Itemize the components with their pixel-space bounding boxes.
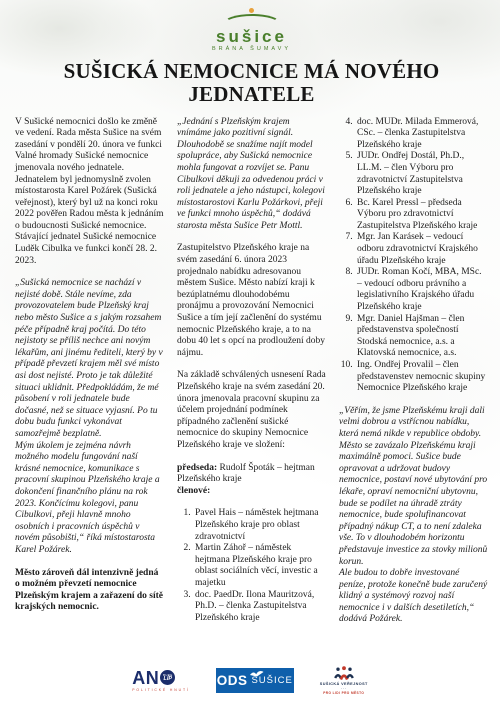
verim-quote-part2: Ale budou to dobře investované peníze, p… (339, 568, 488, 626)
ods-bird-icon (250, 670, 264, 677)
member-list-item: Ing. Ondřej Provalil – člen představenst… (355, 360, 488, 395)
members-label: členové: (177, 486, 326, 498)
column-1: V Sušické nemocnici došlo ke změně ve ve… (15, 117, 164, 638)
ano-wordmark: AN BUDE LÍP (132, 669, 175, 687)
member-list-item: JUDr. Ondřej Dostál, Ph.D., LL.M. – člen… (355, 151, 488, 197)
member-list-item: Mgr. Jan Karásek – vedoucí odboru zdravo… (355, 232, 488, 267)
members-list-1-3: Pavel Hais – náměstek hejtmana Plzeňskéh… (177, 508, 326, 624)
article-columns: V Sušické nemocnici došlo ke změně ve ve… (15, 117, 488, 638)
pozarek-quote-part2: Mým úkolem je zejména návrh možného mode… (15, 441, 164, 557)
sv-tagline: PRO LIDI PRO MĚSTO (323, 691, 364, 695)
regional-assembly-paragraph: Zastupitelstvo Plzeňského kraje na svém … (177, 243, 326, 359)
ods-wordmark: ODS (217, 673, 248, 688)
ods-city-suffix: SUŠICE (251, 675, 292, 686)
people-group-icon (332, 666, 356, 682)
city-logo-name: sušice (216, 28, 287, 45)
intro-paragraph: V Sušické nemocnici došlo ke změně ve ve… (15, 117, 164, 268)
pozarek-quote-part1: „Sušická nemocnice se nachází v nejisté … (15, 278, 164, 440)
mottl-quote: „Jednání s Plzeňským krajem vnímáme jako… (177, 117, 326, 233)
column-3: doc. MUDr. Milada Emmerová, CSc. – členk… (339, 117, 488, 638)
ano-letters: AN (132, 669, 159, 687)
ano-logo: AN BUDE LÍP POLITICKÉ HNUTÍ (132, 669, 190, 693)
page-header: sušice BRÁNA ŠUMAVY SUŠICKÁ NEMOCNICE MÁ… (15, 8, 488, 107)
member-list-item: Pavel Hais – náměstek hejtmana Plzeňskéh… (193, 508, 326, 543)
member-list-item: Martin Záhoř – náměstek hejtmana Plzeňsk… (193, 543, 326, 589)
newsletter-page: sušice BRÁNA ŠUMAVY SUŠICKÁ NEMOCNICE MÁ… (0, 0, 500, 707)
party-logos-footer: AN BUDE LÍP POLITICKÉ HNUTÍ ODS SUŠICE (0, 666, 500, 695)
member-list-item: doc. MUDr. Milada Emmerová, CSc. – členk… (355, 117, 488, 152)
member-list-item: doc. PaedDr. Ilona Mauritzová, Ph.D. – č… (193, 590, 326, 625)
city-negotiation-note: Město zároveň dál intenzivně jedná o mož… (15, 568, 164, 614)
ano-badge-bottom: LÍP (163, 677, 172, 683)
chairman-label: předseda: (177, 463, 217, 473)
susicka-verejnost-logo: SUŠICKÁ VEŘEJNOST · · · PRO LIDI PRO MĚS… (320, 666, 368, 695)
member-list-item: Mgr. Daniel Hajšman – člen představenstv… (355, 314, 488, 360)
ano-tagline: POLITICKÉ HNUTÍ (132, 688, 190, 692)
chairman-line: předseda: Rudolf Špoták – hejtman Plzeňs… (177, 463, 326, 486)
ods-susice-logo: ODS SUŠICE (216, 668, 294, 693)
susice-city-logo: sušice BRÁNA ŠUMAVY (15, 8, 488, 53)
verim-quote-part1: „Věřím, že jsme Plzeňskému kraji dali ve… (339, 406, 488, 568)
logo-sun-dot-icon (249, 8, 254, 13)
working-group-paragraph: Na základě schválených usnesení Rada Plz… (177, 370, 326, 451)
page-title: SUŠICKÁ NEMOCNICE MÁ NOVÉHO JEDNATELE (52, 60, 452, 107)
city-logo-tagline: BRÁNA ŠUMAVY (212, 47, 291, 53)
column-2: „Jednání s Plzeňským krajem vnímáme jako… (177, 117, 326, 638)
members-list-4-10: doc. MUDr. Milada Emmerová, CSc. – členk… (339, 117, 488, 395)
member-list-item: Bc. Karel Pressl – předseda Výboru pro z… (355, 198, 488, 233)
ano-bude-lip-badge-icon: BUDE LÍP (160, 670, 175, 685)
member-list-item: JUDr. Roman Kočí, MBA, MSc. – vedoucí od… (355, 267, 488, 313)
